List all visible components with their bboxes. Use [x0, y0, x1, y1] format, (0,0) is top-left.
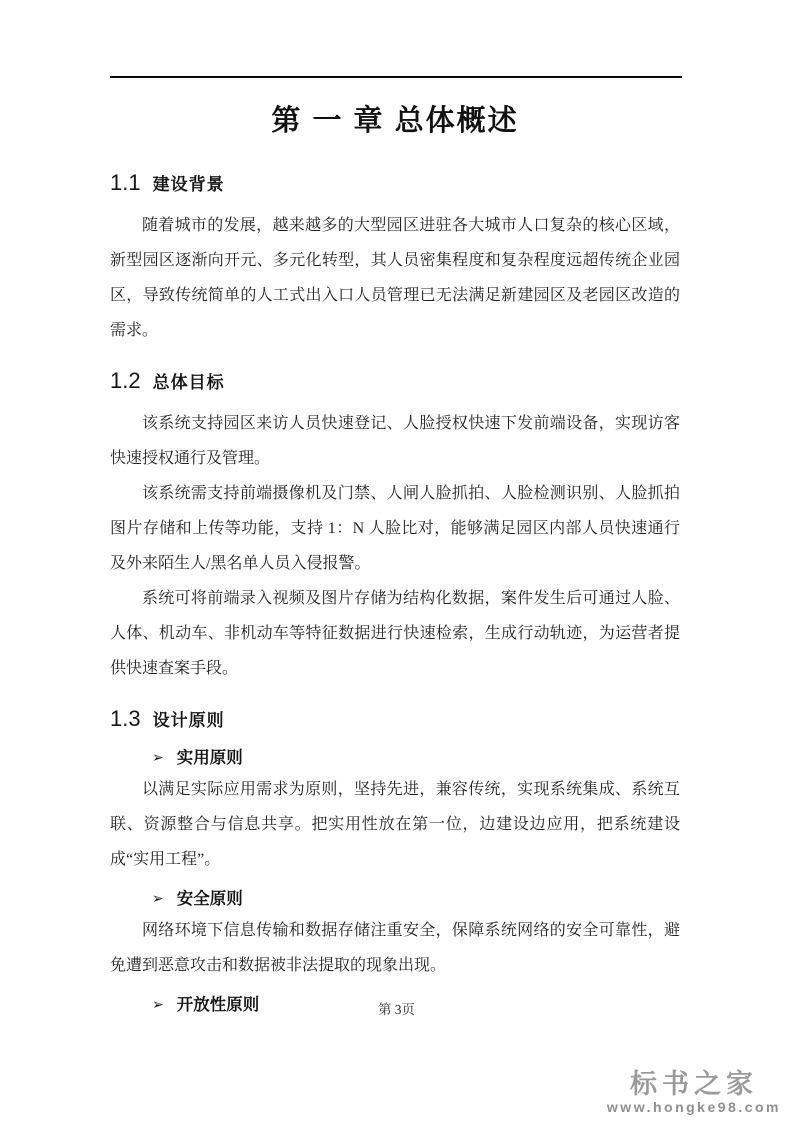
section-1-3-heading: 1.3 设计原则 — [110, 706, 680, 732]
watermark: 标书之家 www.hongke98.com — [607, 1069, 781, 1116]
paragraph: 该系统支持园区来访人员快速登记、人脸授权快速下发前端设备，实现访客快速授权通行及… — [110, 406, 680, 476]
section-number: 1.3 — [110, 706, 141, 732]
paragraph: 随着城市的发展，越来越多的大型园区进驻各大城市人口复杂的核心区域，新型园区逐渐向… — [110, 208, 680, 348]
bullet-title: 安全原则 — [177, 885, 243, 909]
section-1-3: 1.3 设计原则 ➢ 实用原则 以满足实际应用需求为原则，坚持先进，兼容传统，实… — [110, 706, 680, 1015]
watermark-brand: 标书之家 — [607, 1069, 781, 1099]
section-title: 建设背景 — [153, 170, 225, 195]
page-number: 第 3页 — [0, 998, 793, 1018]
section-1-1-heading: 1.1 建设背景 — [110, 170, 680, 196]
section-title: 总体目标 — [153, 368, 225, 393]
arrow-bullet-icon: ➢ — [152, 890, 164, 907]
section-number: 1.2 — [110, 368, 141, 394]
paragraph: 以满足实际应用需求为原则，坚持先进，兼容传统，实现系统集成、系统互联、资源整合与… — [110, 772, 680, 877]
bullet-security-principle: ➢ 安全原则 — [152, 885, 680, 909]
section-1-2: 1.2 总体目标 该系统支持园区来访人员快速登记、人脸授权快速下发前端设备，实现… — [110, 368, 680, 686]
paragraph: 网络环境下信息传输和数据存储注重安全，保障系统网络的安全可靠性，避免遭到恶意攻击… — [110, 913, 680, 983]
bullet-practical-principle: ➢ 实用原则 — [152, 744, 680, 768]
chapter-title: 第 一 章 总体概述 — [110, 100, 680, 142]
paragraph: 系统可将前端录入视频及图片存储为结构化数据，案件发生后可通过人脸、人体、机动车、… — [110, 581, 680, 686]
arrow-bullet-icon: ➢ — [152, 749, 164, 766]
section-1-2-heading: 1.2 总体目标 — [110, 368, 680, 394]
document-page: 第 一 章 总体概述 1.1 建设背景 随着城市的发展，越来越多的大型园区进驻各… — [0, 0, 793, 1122]
paragraph: 该系统需支持前端摄像机及门禁、人闸人脸抓拍、人脸检测识别、人脸抓拍图片存储和上传… — [110, 476, 680, 581]
watermark-url: www.hongke98.com — [607, 1099, 781, 1116]
section-title: 设计原则 — [153, 706, 225, 731]
section-number: 1.1 — [110, 170, 141, 196]
section-1-1: 1.1 建设背景 随着城市的发展，越来越多的大型园区进驻各大城市人口复杂的核心区… — [110, 170, 680, 348]
page-content: 第 一 章 总体概述 1.1 建设背景 随着城市的发展，越来越多的大型园区进驻各… — [110, 0, 680, 1019]
bullet-title: 实用原则 — [177, 744, 243, 768]
